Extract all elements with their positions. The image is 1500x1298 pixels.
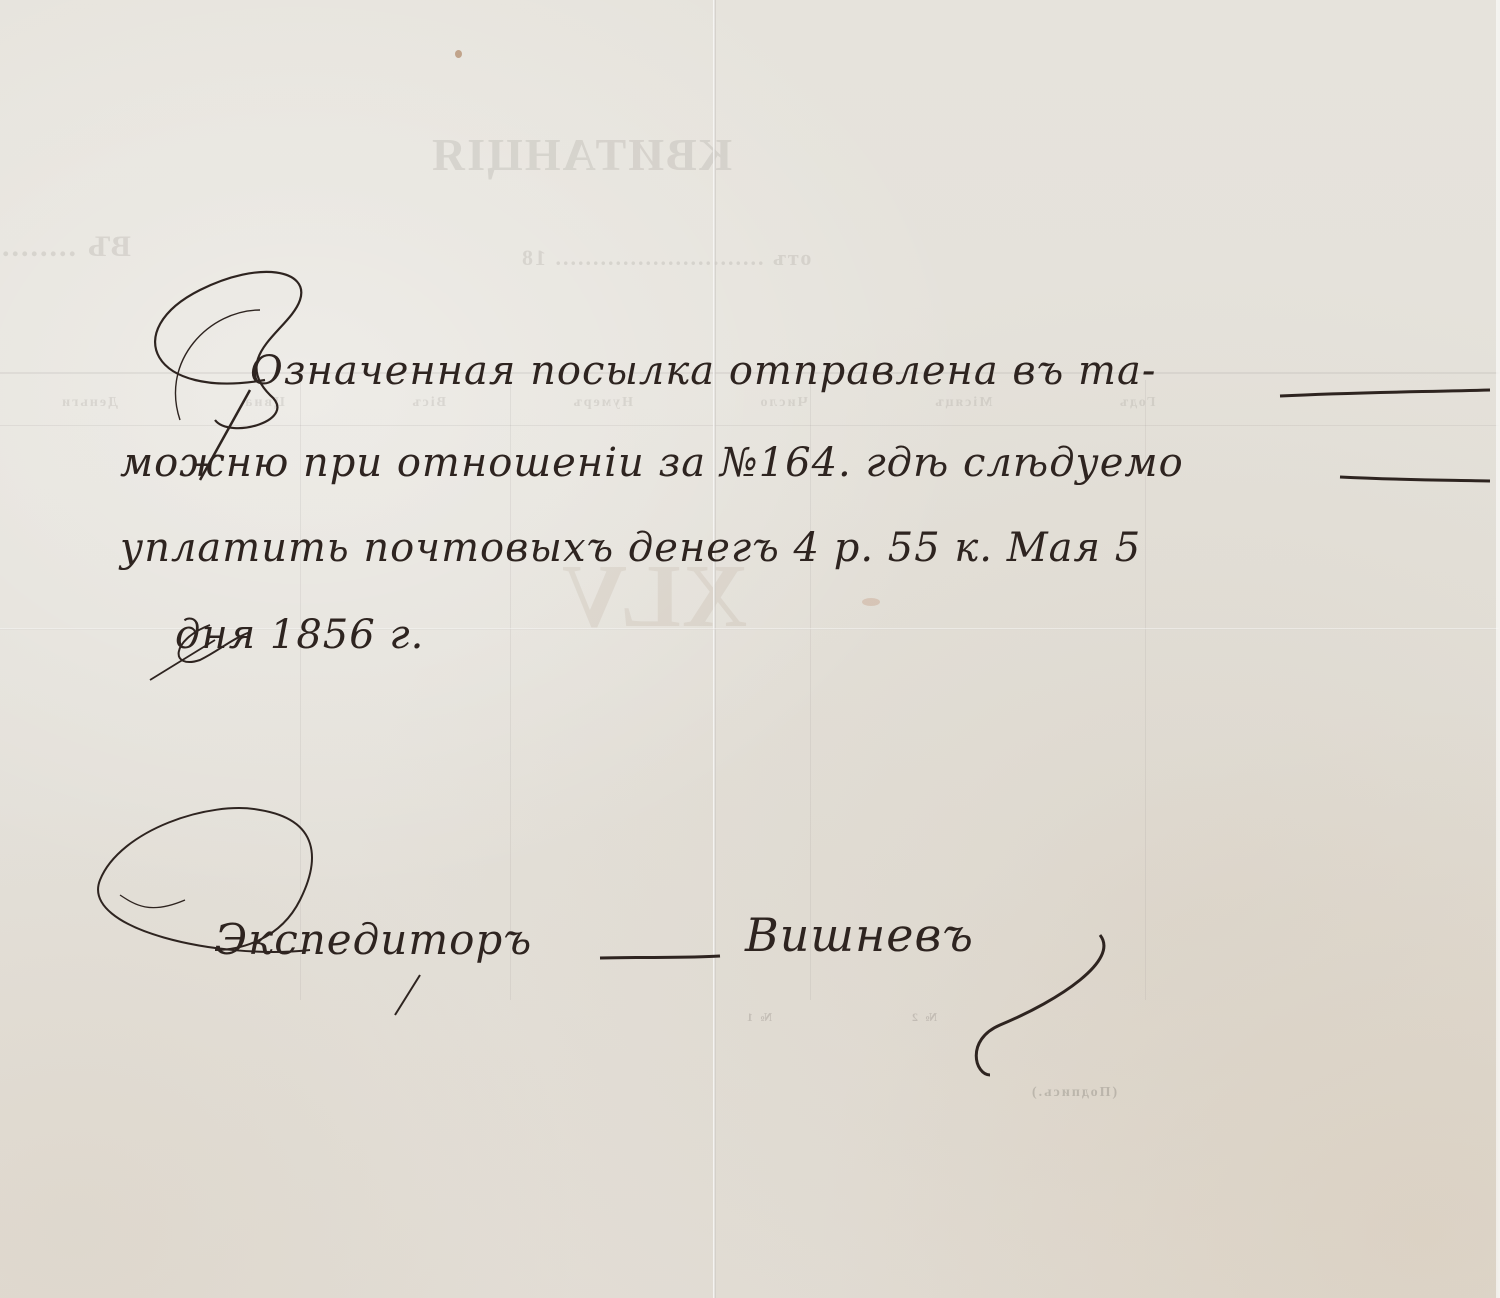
signature-name: Вишневъ: [745, 908, 974, 962]
showthrough-subtitle: отъ ............................ 18: [520, 245, 811, 271]
body-line-4-date: дня 1856 г.: [175, 612, 424, 658]
body-line-3: уплатить почтовыхъ денегъ 4 р. 55 к. Мая…: [120, 525, 1141, 571]
showthrough-number-1: № 1: [745, 1010, 772, 1025]
signature-title: Экспедиторъ: [215, 915, 532, 964]
showthrough-number-2: № 2: [910, 1010, 937, 1025]
showthrough-footer: (Подпись.): [1030, 1085, 1117, 1101]
ink-stain: [455, 50, 462, 58]
showthrough-columns: Годъ Місяцъ Число Нумеръ Вісъ Цвна Деньг…: [60, 395, 1155, 411]
showthrough-title: КВИТАНЦІЯ: [430, 128, 732, 181]
vertical-fold-crease: [713, 0, 716, 1298]
paper-stain: [862, 598, 880, 606]
body-line-2: можню при отношеніи за №164. гдѣ слѣдуем…: [120, 440, 1184, 486]
paper-edge: [1496, 0, 1500, 1298]
showthrough-left-fragment: ВЪ ........: [0, 230, 131, 264]
document-sheet: КВИТАНЦІЯ отъ ..........................…: [0, 0, 1500, 1298]
showthrough-rule: [0, 425, 1500, 426]
body-line-1: Означенная посылка отправлена въ та-: [250, 348, 1156, 394]
